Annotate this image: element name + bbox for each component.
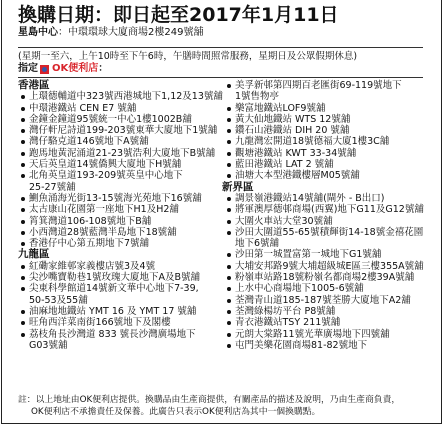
- store-address: 1號售物亭: [235, 91, 434, 102]
- divider: [18, 77, 423, 78]
- bullet-icon: [21, 310, 25, 314]
- store-address: 中環港鐵站 CEN E7 號舖: [29, 103, 228, 114]
- opening-hours: (星期一至六，上午10時至下午6時，午膳時間照常服務，星期日及公眾假期休息): [18, 51, 357, 63]
- store-address: 荃灣青山道185-187號荃勝大廈地下A2舖: [235, 295, 434, 306]
- store-address: 北角英皇道193-209號英皇中心地下: [29, 170, 228, 181]
- store-address: 屯門美樂花園商場81-82號地下: [235, 340, 434, 351]
- store-address: 地下6號舖: [235, 238, 434, 249]
- bullet-icon: [227, 231, 231, 235]
- store-list-item: 沙田大圍道55-65號積輝街14-18號金禧花園地下6號舖: [224, 227, 434, 250]
- store-list-item: 旺角西洋菜南街166號地下及閣樓: [18, 317, 228, 328]
- bullet-icon: [227, 287, 231, 291]
- bullet-icon: [21, 95, 25, 99]
- store-list-item: 小西灣道28號藍灣半島地下18號舖: [18, 227, 228, 238]
- store-address: 旺角西洋菜南街166號地下及閣樓: [29, 317, 228, 328]
- bullet-icon: [227, 84, 231, 88]
- bullet-icon: [227, 107, 231, 111]
- store-address: 上水中心商場地下1005-6號舖: [235, 283, 434, 294]
- store-address: 鰂魚涌海光街13-15號海光苑地下16號舖: [29, 193, 228, 204]
- store-list-item: 上水中心商場地下1005-6號舖: [224, 283, 434, 294]
- bullet-icon: [227, 344, 231, 348]
- store-list-item: 灣仔軒尼詩道199-203號東華大廈地下1號舖: [18, 125, 228, 136]
- bullet-icon: [227, 265, 231, 269]
- store-list-item: 跑馬地黃泥涌道21-23號浩利大廈地下B號舖: [18, 148, 228, 159]
- bullet-icon: [21, 163, 25, 167]
- center-label: 星島中心: [18, 27, 58, 38]
- store-list-item: 鑽石山港鐵站 DIH 20 號舖: [224, 125, 434, 136]
- store-list-item: 大圍火車站大堂30號舖: [224, 216, 434, 227]
- store-list-item: 鰂魚涌海光街13-15號海光苑地下16號舖: [18, 193, 228, 204]
- bullet-icon: [21, 152, 25, 156]
- store-list-item: 油麻地地鐵站 YMT 16 及 YMT 17 號舖: [18, 306, 228, 317]
- store-list-item: 北角英皇道193-209號英皇中心地下25-27號舖: [18, 170, 228, 193]
- bullet-icon: [227, 140, 231, 144]
- store-address: 青衣港鐵站TSY 211號舖: [235, 317, 434, 328]
- bullet-icon: [21, 242, 25, 246]
- bullet-icon: [21, 140, 25, 144]
- store-list-item: 太古康山花園第一座地下H1及H2舖: [18, 204, 228, 215]
- store-address: 香港仔中心第五期地下7號舖: [29, 238, 228, 249]
- bullet-icon: [21, 231, 25, 235]
- store-address: 藍田港鐵站 LAT 2 號舖: [235, 159, 434, 170]
- store-address: 金鐘金鐘道95號統一中心1樓1002B舖: [29, 114, 228, 125]
- store-address: 沙田第一城置富第一城地下G1號舖: [235, 249, 434, 260]
- bullet-icon: [21, 208, 25, 212]
- store-list-item: 上環德輔道中323號西港城地下1,12及13號舖: [18, 91, 228, 102]
- store-address: 50-53及55舖: [29, 295, 228, 306]
- brand-name: OK便利店: [52, 63, 98, 75]
- store-address: 黃大仙地鐵站 WTS 12號舖: [235, 114, 434, 125]
- store-address: 筲箕灣道106-108號地下B舖: [29, 216, 228, 227]
- store-address: 上環德輔道中323號西港城地下1,12及13號舖: [29, 91, 228, 102]
- redemption-period-title: 換購日期：即日起至2017年1月11日: [18, 4, 339, 26]
- region-heading: 九龍區: [18, 249, 228, 260]
- store-address: 尖東科學館道14號新文華中心地下7-39,: [29, 283, 228, 294]
- designated-label: 指定: [18, 63, 38, 75]
- store-address: 粉嶺車站路18號粉嶺名都商場2樓39A號舖: [235, 272, 434, 283]
- store-list-item: 紅磡家維邨家義樓店號3及4號: [18, 261, 228, 272]
- bullet-icon: [21, 197, 25, 201]
- store-list-item: 樂富地鐵站LOF9號舖: [224, 103, 434, 114]
- store-address: 尖沙嘴寶勒巷1號玫瑰大廈地下A及B號舖: [29, 272, 228, 283]
- store-list-item: 油塘大本型港鐵樓層M05號舖: [224, 170, 434, 181]
- store-address: 灣仔駱克道146號地下A號舖: [29, 136, 228, 147]
- bullet-icon: [227, 197, 231, 201]
- bullet-icon: [21, 321, 25, 325]
- bullet-icon: [227, 321, 231, 325]
- bullet-icon: [227, 163, 231, 167]
- store-address: 將軍澳厚德邨商場(西翼)地下G11及G12號舖: [235, 204, 434, 215]
- store-address: 調景嶺港鐵站14號舖(閘外 - B出口): [235, 193, 434, 204]
- bullet-icon: [227, 152, 231, 156]
- bullet-icon: [21, 333, 25, 337]
- store-list-item: 黃大仙地鐵站 WTS 12號舖: [224, 114, 434, 125]
- store-address: 樂富地鐵站LOF9號舖: [235, 103, 434, 114]
- footnote-line-1: 註：以上地址由OK便利店提供。換購品由生產商提供，有關產品的描述及說明，乃由生產…: [18, 395, 400, 405]
- right-column: 美孚新邨第四期百老匯街69-119號地下1號售物亭樂富地鐵站LOF9號舖黃大仙地…: [224, 80, 434, 351]
- store-address: 荔枝角長沙灣道 833 號長沙灣廣場地下: [29, 329, 228, 340]
- store-list-item: 粉嶺車站路18號粉嶺名都商場2樓39A號舖: [224, 272, 434, 283]
- bullet-icon: [21, 265, 25, 269]
- store-list-item: 將軍澳厚德邨商場(西翼)地下G11及G12號舖: [224, 204, 434, 215]
- store-list-item: 中環港鐵站 CEN E7 號舖: [18, 103, 228, 114]
- store-list-item: 金鐘金鐘道95號統一中心1樓1002B舖: [18, 114, 228, 125]
- footnote-line-2: OK便利店不承擔責任及保養。此廣告只表示OK便利店為其中一個換購點。: [18, 406, 400, 418]
- bullet-icon: [21, 276, 25, 280]
- center-address-text: ：中環環球大廈商場2樓249號舖: [58, 27, 203, 38]
- bullet-icon: [21, 287, 25, 291]
- bullet-icon: [21, 107, 25, 111]
- store-list-item: 荃灣綠楊坊平台 P8號舖: [224, 306, 434, 317]
- bullet-icon: [21, 174, 25, 178]
- store-address: 美孚新邨第四期百老匯街69-119號地下: [235, 80, 434, 91]
- store-list-item: 觀塘港鐵站 KWT 33-34號舖: [224, 148, 434, 159]
- footnote: 註：以上地址由OK便利店提供。換購品由生產商提供，有關產品的描述及說明，乃由生產…: [18, 394, 400, 418]
- brand-colon: ：: [98, 63, 108, 75]
- store-list-item: 沙田第一城置富第一城地下G1號舖: [224, 249, 434, 260]
- store-list-item: 尖沙嘴寶勒巷1號玫瑰大廈地下A及B號舖: [18, 272, 228, 283]
- ok-logo-icon: [40, 65, 49, 74]
- bullet-icon: [227, 333, 231, 337]
- bullet-icon: [227, 208, 231, 212]
- store-address: 天后英皇道14號僑興大廈地下H號舖: [29, 159, 228, 170]
- store-list-item: 九龍灣宏開道18號德福大廈1樓3C舖: [224, 136, 434, 147]
- bullet-icon: [227, 174, 231, 178]
- store-list-item: 尖東科學館道14號新文華中心地下7-39,50-53及55舖: [18, 283, 228, 306]
- region-heading: 新界區: [222, 182, 434, 193]
- center-address: 星島中心：中環環球大廈商場2樓249號舖: [18, 27, 203, 39]
- store-address: 大埔安邦路9號大埔超級城E區三樓355A號舖: [235, 261, 434, 272]
- store-address: 油塘大本型港鐵樓層M05號舖: [235, 170, 434, 181]
- bullet-icon: [21, 220, 25, 224]
- bullet-icon: [227, 129, 231, 133]
- store-address: 觀塘港鐵站 KWT 33-34號舖: [235, 148, 434, 159]
- store-list-item: 筲箕灣道106-108號地下B舖: [18, 216, 228, 227]
- store-list-item: 灣仔駱克道146號地下A號舖: [18, 136, 228, 147]
- store-address: 油麻地地鐵站 YMT 16 及 YMT 17 號舖: [29, 306, 228, 317]
- store-list-item: 美孚新邨第四期百老匯街69-119號地下1號售物亭: [224, 80, 434, 103]
- store-address: 鑽石山港鐵站 DIH 20 號舖: [235, 125, 434, 136]
- divider: [18, 47, 423, 48]
- store-list-item: 青衣港鐵站TSY 211號舖: [224, 317, 434, 328]
- store-address: 灣仔軒尼詩道199-203號東華大廈地下1號舖: [29, 125, 228, 136]
- store-list-item: 藍田港鐵站 LAT 2 號舖: [224, 159, 434, 170]
- store-list-item: 香港仔中心第五期地下7號舖: [18, 238, 228, 249]
- store-address: 荃灣綠楊坊平台 P8號舖: [235, 306, 434, 317]
- store-address: G03號舖: [29, 340, 228, 351]
- store-address: 紅磡家維邨家義樓店號3及4號: [29, 261, 228, 272]
- store-address: 跑馬地黃泥涌道21-23號浩利大廈地下B號舖: [29, 148, 228, 159]
- store-address: 沙田大圍道55-65號積輝街14-18號金禧花園: [235, 227, 434, 238]
- bullet-icon: [21, 129, 25, 133]
- store-list-item: 荔枝角長沙灣道 833 號長沙灣廣場地下G03號舖: [18, 329, 228, 352]
- store-list-item: 荃灣青山道185-187號荃勝大廈地下A2舖: [224, 295, 434, 306]
- bullet-icon: [227, 118, 231, 122]
- store-address: 元朗大棠路11號光華廣場地下四號舖: [235, 329, 434, 340]
- store-address: 小西灣道28號藍灣半島地下18號舖: [29, 227, 228, 238]
- store-list-item: 調景嶺港鐵站14號舖(閘外 - B出口): [224, 193, 434, 204]
- bullet-icon: [227, 220, 231, 224]
- left-column: 香港區上環德輔道中323號西港城地下1,12及13號舖中環港鐵站 CEN E7 …: [18, 80, 228, 351]
- store-list-item: 屯門美樂花園商場81-82號地下: [224, 340, 434, 351]
- bullet-icon: [21, 118, 25, 122]
- bullet-icon: [227, 310, 231, 314]
- store-address: 25-27號舖: [29, 182, 228, 193]
- store-list-item: 元朗大棠路11號光華廣場地下四號舖: [224, 329, 434, 340]
- store-address: 太古康山花園第一座地下H1及H2舖: [29, 204, 228, 215]
- bullet-icon: [227, 299, 231, 303]
- designated-store: 指定 OK便利店 ：: [18, 63, 108, 75]
- store-list-item: 天后英皇道14號僑興大廈地下H號舖: [18, 159, 228, 170]
- bullet-icon: [227, 253, 231, 257]
- region-heading: 香港區: [18, 80, 228, 91]
- store-address: 九龍灣宏開道18號德福大廈1樓3C舖: [235, 136, 434, 147]
- store-address: 大圍火車站大堂30號舖: [235, 216, 434, 227]
- store-list-item: 大埔安邦路9號大埔超級城E區三樓355A號舖: [224, 261, 434, 272]
- bullet-icon: [227, 276, 231, 280]
